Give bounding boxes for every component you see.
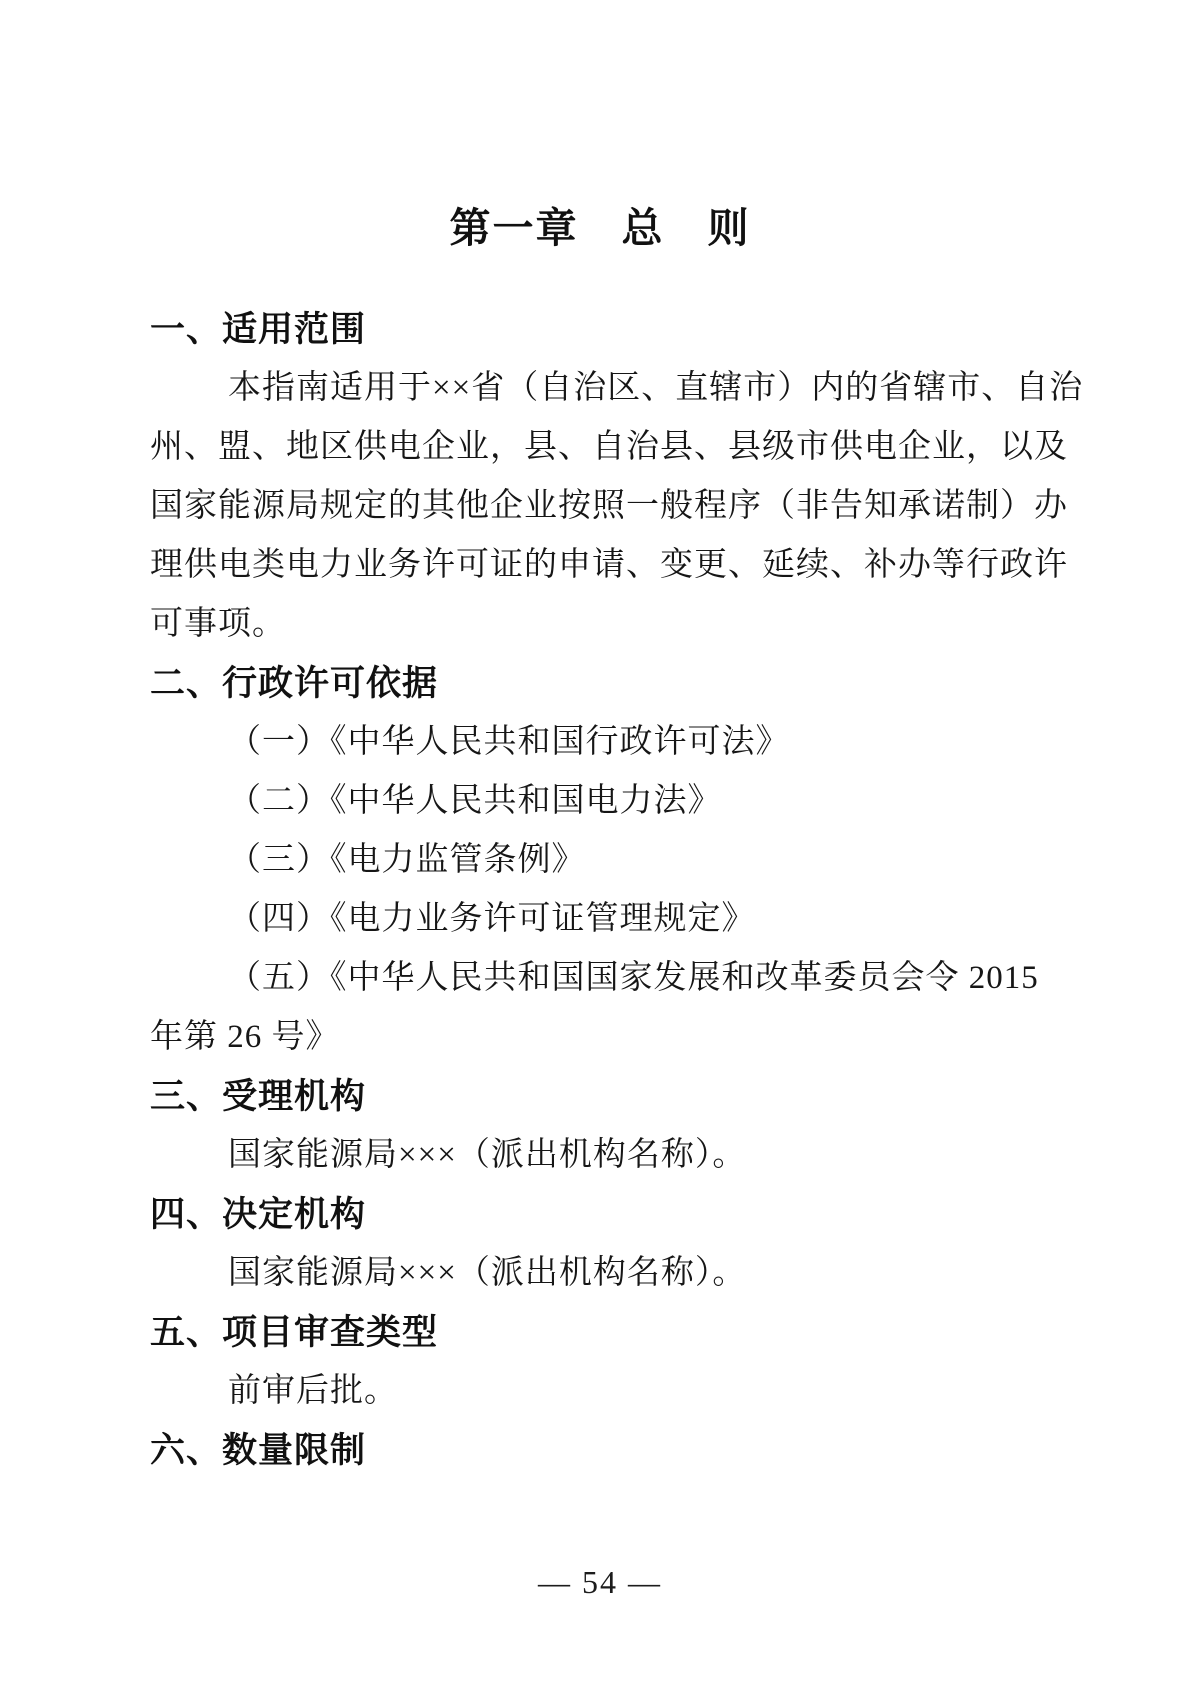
- body-line: 国家能源局规定的其他企业按照一般程序（非告知承诺制）办: [150, 477, 1058, 536]
- body-line: 本指南适用于××省（自治区、直辖市）内的省辖市、自治: [150, 359, 1058, 418]
- list-item: （四）《电力业务许可证管理规定》: [150, 890, 1058, 949]
- body-line: 国家能源局×××（派出机构名称）。: [150, 1244, 1058, 1303]
- list-item: （三）《电力监管条例》: [150, 831, 1058, 890]
- section-heading-review-type: 五、项目审查类型: [150, 1303, 1058, 1362]
- document-body: 一、适用范围 本指南适用于××省（自治区、直辖市）内的省辖市、自治 州、盟、地区…: [150, 300, 1058, 1480]
- section-heading-accepting-org: 三、受理机构: [150, 1067, 1058, 1126]
- body-line: 国家能源局×××（派出机构名称）。: [150, 1126, 1058, 1185]
- list-item: （一）《中华人民共和国行政许可法》: [150, 713, 1058, 772]
- list-item-continuation: 年第 26 号》: [150, 1008, 1058, 1067]
- body-line: 前审后批。: [150, 1362, 1058, 1421]
- section-heading-licensing-basis: 二、行政许可依据: [150, 654, 1058, 713]
- document-page: 第一章 总 则 一、适用范围 本指南适用于××省（自治区、直辖市）内的省辖市、自…: [0, 0, 1200, 1696]
- chapter-title: 第一章 总 则: [0, 198, 1200, 258]
- body-line: 州、盟、地区供电企业，县、自治县、县级市供电企业，以及: [150, 418, 1058, 477]
- body-line: 理供电类电力业务许可证的申请、变更、延续、补办等行政许: [150, 536, 1058, 595]
- section-heading-scope: 一、适用范围: [150, 300, 1058, 359]
- section-heading-deciding-org: 四、决定机构: [150, 1185, 1058, 1244]
- body-line: 可事项。: [150, 595, 1058, 654]
- section-heading-quantity-limit: 六、数量限制: [150, 1421, 1058, 1480]
- list-item: （五）《中华人民共和国国家发展和改革委员会令 2015: [150, 949, 1058, 1008]
- page-number: — 54 —: [0, 1560, 1200, 1604]
- list-item: （二）《中华人民共和国电力法》: [150, 772, 1058, 831]
